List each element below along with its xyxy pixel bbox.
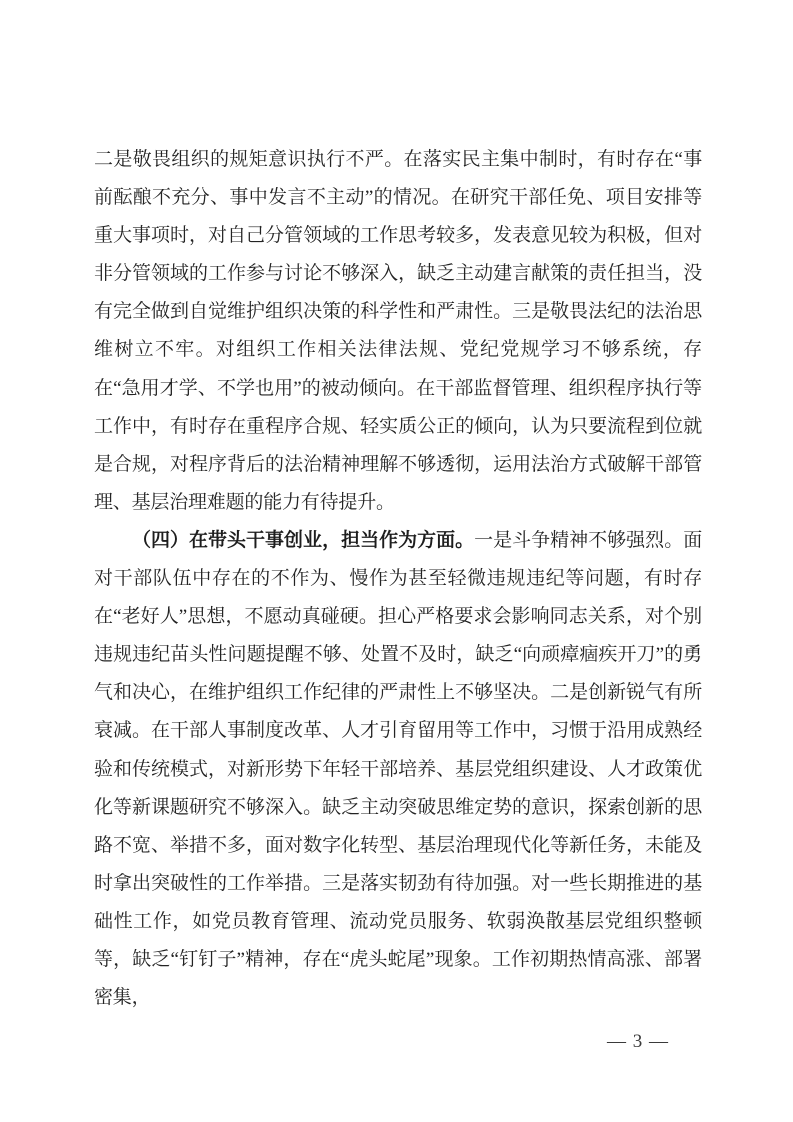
- body-paragraph-1: 二是敬畏组织的规矩意识执行不严。在落实民主集中制时，有时存在“事前酝酿不充分、事…: [94, 141, 702, 522]
- page-number: — 3 —: [588, 1031, 688, 1053]
- body-paragraph-2: （四）在带头干事创业，担当作为方面。一是斗争精神不够强烈。面对干部队伍中存在的不…: [94, 522, 702, 1017]
- paragraph-1-text: 二是敬畏组织的规矩意识执行不严。在落实民主集中制时，有时存在“事前酝酿不充分、事…: [94, 149, 702, 513]
- page-body: 二是敬畏组织的规矩意识执行不严。在落实民主集中制时，有时存在“事前酝酿不充分、事…: [94, 141, 702, 1017]
- section-heading: （四）在带头干事创业，担当作为方面。: [132, 530, 474, 551]
- document-page: 二是敬畏组织的规矩意识执行不严。在落实民主集中制时，有时存在“事前酝酿不充分、事…: [0, 0, 793, 1122]
- paragraph-2-text: 一是斗争精神不够强烈。面对干部队伍中存在的不作为、慢作为甚至轻微违规违纪等问题，…: [94, 530, 702, 1008]
